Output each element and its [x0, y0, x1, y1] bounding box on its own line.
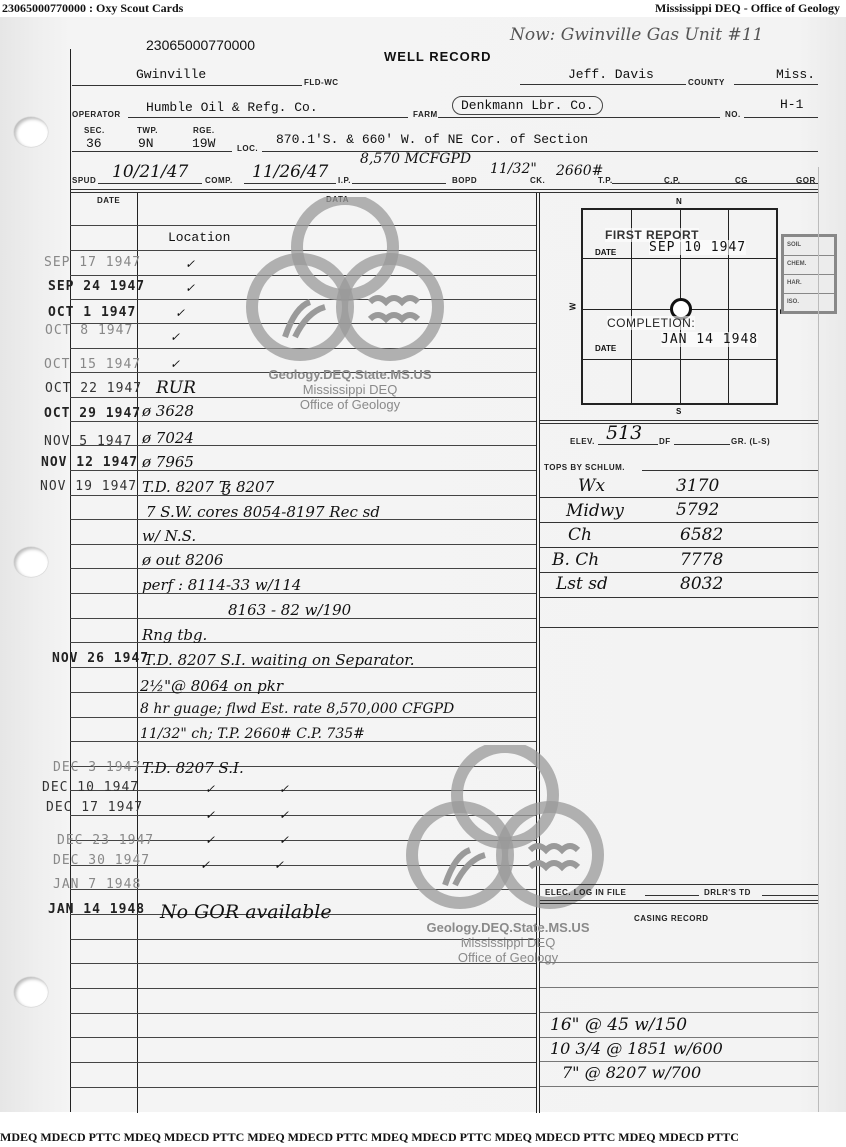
document-id-title: 23065000770000 : Oxy Scout Cards [2, 0, 183, 17]
table-rule [70, 544, 536, 545]
log-data: T.D. 8207 Ꜩ 8207 [142, 478, 274, 496]
log-date: DEC 3 1947 [53, 760, 141, 775]
spud-label: SPUD [72, 176, 96, 185]
ck-label: CK. [530, 176, 545, 185]
county-label: COUNTY [688, 78, 725, 87]
top-formation: B. Ch [552, 550, 599, 570]
card-margin-line [70, 49, 71, 1112]
location-plat-map: FIRST REPORT DATE SEP 10 1947 COMPLETION… [581, 208, 778, 405]
double-rule [70, 189, 818, 190]
rule [540, 1012, 818, 1013]
well-no-value: H-1 [780, 97, 803, 112]
rule [540, 597, 818, 598]
first-report-date: SEP 10 1947 [649, 240, 746, 255]
log-date: SEP 24 1947 [48, 279, 145, 294]
farm-value: Denkmann Lbr. Co. [452, 96, 603, 115]
completion-date-label: DATE [595, 344, 616, 353]
sec-value: 36 [86, 136, 102, 151]
rge-label: RGE. [193, 126, 215, 135]
punch-hole [14, 977, 48, 1007]
rule [540, 900, 818, 901]
tops-label: TOPS BY SCHLUM. [544, 463, 625, 472]
log-date: DEC 10 1947 [42, 780, 139, 795]
log-date: OCT 1 1947 [48, 305, 136, 320]
rule [520, 84, 686, 85]
log-date: DEC 23 1947 [57, 833, 154, 848]
table-rule [70, 225, 536, 226]
log-data: ✓ [170, 330, 180, 344]
log-date: NOV 5 1947 [44, 434, 132, 449]
table-rule [70, 323, 536, 324]
log-data: 8 hr guage; flwd Est. rate 8,570,000 CFG… [140, 701, 454, 717]
rule [72, 85, 302, 86]
data-column-divider [536, 193, 537, 1113]
state-value: Miss. [776, 67, 815, 82]
log-data: ✓ [185, 257, 195, 271]
punch-hole [14, 117, 48, 147]
compass-south: S [676, 407, 681, 416]
fld-wc-label: FLD-WC [304, 78, 339, 87]
double-rule [70, 192, 818, 193]
rule [540, 572, 818, 573]
compass-west: W [568, 303, 577, 311]
completion-date: JAN 14 1948 [661, 332, 758, 347]
top-depth: 7778 [680, 550, 723, 570]
log-date: SEP 17 1947 [44, 255, 141, 270]
casing-row: 7" @ 8207 w/700 [562, 1063, 701, 1082]
county-value: Jeff. Davis [568, 67, 654, 82]
top-formation: Midwy [566, 501, 624, 521]
table-rule [70, 470, 536, 471]
log-date: OCT 8 1947 [45, 323, 133, 338]
log-date: DEC 30 1947 [53, 853, 150, 868]
handwritten-unit-note: Now: Gwinville Gas Unit #11 [510, 25, 763, 45]
log-data: ø 7024 [142, 429, 194, 447]
log-data: ✓ [170, 357, 180, 371]
routing-stamp-row: CHEM. [784, 256, 834, 275]
log-data: ø 3628 [142, 402, 194, 420]
rule [540, 903, 818, 904]
field-value: Gwinville [136, 67, 206, 82]
rule [540, 987, 818, 988]
rule [762, 895, 818, 896]
rule [598, 444, 658, 445]
data-column-divider [539, 193, 540, 1113]
date-column-header: DATE [97, 196, 120, 205]
table-rule [70, 1013, 536, 1014]
log-data: ✓ ✓ [205, 833, 289, 847]
tp-value: 2660# [556, 163, 603, 179]
rule [540, 1061, 818, 1062]
card-title: WELL RECORD [384, 49, 492, 64]
location-entry: Location [168, 230, 230, 245]
loc-label: LOC. [237, 144, 258, 153]
card-edge [818, 167, 819, 1112]
rule [612, 183, 818, 184]
top-depth: 8032 [680, 574, 723, 594]
elec-log-label: ELEC. LOG IN FILE [545, 888, 626, 897]
gr-label: GR. (L-S) [731, 437, 770, 446]
top-depth: 3170 [676, 476, 719, 496]
bopd-label: BOPD [452, 176, 477, 185]
routing-stamp-row: SOIL [784, 237, 834, 256]
comp-date: 11/26/47 [252, 162, 328, 182]
casing-row: 16" @ 45 w/150 [550, 1015, 687, 1035]
rule [438, 117, 720, 118]
log-date: NOV 26 1947 [52, 651, 149, 666]
top-depth: 5792 [676, 500, 719, 520]
rule [540, 627, 818, 628]
completion-label: COMPLETION: [607, 316, 695, 330]
rule [244, 183, 336, 184]
rule [540, 547, 818, 548]
log-data: 11/32" ch; T.P. 2660# C.P. 735# [140, 726, 365, 742]
log-data: ✓ [175, 306, 185, 320]
routing-stamp-row: HAR. [784, 275, 834, 294]
table-rule [70, 275, 536, 276]
table-rule [70, 815, 536, 816]
twp-label: TWP. [137, 126, 158, 135]
rge-value: 19W [192, 136, 215, 151]
log-data: ✓ ✓ [205, 782, 289, 796]
operator-value: Humble Oil & Refg. Co. [146, 100, 318, 115]
spud-date: 10/21/47 [112, 162, 188, 182]
footer-agency-strip: MDEQ MDECD PTTC MDEQ MDECD PTTC MDEQ MDE… [0, 1128, 846, 1147]
log-data: ø 7965 [142, 453, 194, 471]
rule [72, 151, 232, 152]
rule [645, 895, 699, 896]
api-number: 23065000770000 [146, 37, 255, 53]
table-rule [70, 988, 536, 989]
rule [540, 420, 818, 421]
table-rule [70, 421, 536, 422]
log-data: ø out 8206 [142, 551, 223, 569]
log-data: RUR [156, 378, 196, 398]
compass-north: N [676, 197, 682, 206]
table-rule [70, 568, 536, 569]
top-formation: Lst sd [556, 574, 608, 594]
log-data: T.D. 8207 S.I. [142, 759, 244, 777]
df-label: DF [659, 437, 671, 446]
farm-label: FARM [413, 110, 438, 119]
operator-label: OPERATOR [72, 110, 121, 119]
rule [98, 183, 202, 184]
well-no-label: NO. [725, 110, 741, 119]
log-date: JAN 7 1948 [53, 877, 141, 892]
routing-stamp-row: ISO. [784, 294, 834, 313]
elev-value: 513 [606, 422, 642, 444]
table-rule [70, 445, 536, 446]
table-rule [70, 642, 536, 643]
table-rule [70, 593, 536, 594]
rule [352, 183, 446, 184]
log-date: OCT 29 1947 [44, 406, 141, 421]
rule [674, 444, 730, 445]
table-rule [70, 250, 536, 251]
rule [734, 84, 818, 85]
top-formation: Ch [568, 525, 592, 545]
twp-value: 9N [138, 136, 154, 151]
table-rule [70, 717, 536, 718]
log-data: No GOR available [160, 901, 332, 923]
casing-record-label: CASING RECORD [634, 914, 709, 923]
rule [642, 470, 818, 471]
log-data: T.D. 8207 S.I. waiting on Separator. [144, 651, 415, 669]
first-report-date-label: DATE [595, 248, 616, 257]
log-data: ✓ ✓ [200, 858, 284, 872]
top-formation: Wx [578, 476, 605, 496]
rule [540, 884, 818, 885]
top-depth: 6582 [680, 525, 723, 545]
comp-label: COMP. [205, 176, 233, 185]
rule [540, 423, 818, 424]
table-rule [70, 790, 536, 791]
log-date: OCT 22 1947 [45, 381, 142, 396]
table-rule [70, 299, 536, 300]
log-data: perf : 8114-33 w/114 [142, 576, 301, 594]
data-column-header: DATA [326, 195, 349, 204]
ip-value: 8,570 MCFGPD [360, 151, 471, 167]
rule [540, 522, 818, 523]
routing-stamp: SOIL CHEM. HAR. ISO. [781, 234, 837, 314]
table-rule [70, 1062, 536, 1063]
log-date: JAN 14 1948 [48, 902, 145, 917]
table-rule [70, 348, 536, 349]
rule [744, 117, 818, 118]
rule [540, 962, 818, 963]
location-value: 870.1'S. & 660' W. of NE Cor. of Section [276, 132, 588, 147]
rule [128, 117, 408, 118]
log-data: Rng tbg. [142, 626, 207, 644]
log-data: ✓ [185, 281, 195, 295]
tp-label: T.P. [598, 176, 613, 185]
rule [540, 1037, 818, 1038]
table-rule [70, 1037, 536, 1038]
log-date: NOV 19 1947 [40, 479, 137, 494]
table-rule [70, 1087, 536, 1088]
viewer-header: 23065000770000 : Oxy Scout Cards Mississ… [0, 0, 846, 17]
elev-label: ELEV. [570, 437, 595, 446]
table-rule [70, 495, 536, 496]
sec-label: SEC. [84, 126, 105, 135]
punch-hole [14, 547, 48, 577]
casing-row: 10 3/4 @ 1851 w/600 [550, 1039, 723, 1058]
log-date: NOV 12 1947 [41, 455, 138, 470]
log-data: ✓ ✓ [205, 808, 289, 822]
agency-title: Mississippi DEQ - Office of Geology [655, 0, 840, 17]
watermark-text: Geology.DEQ.State.MS.US Mississippi DEQ … [408, 920, 608, 965]
drlr-td-label: DRLR'S TD [704, 888, 751, 897]
rule [540, 497, 818, 498]
choke-value: 11/32" [490, 161, 537, 177]
log-date: DEC 17 1947 [46, 800, 143, 815]
log-data: 7 S.W. cores 8054-8197 Rec sd [146, 503, 380, 521]
log-data: w/ N.S. [142, 527, 196, 545]
log-date: OCT 15 1947 [44, 357, 141, 372]
watermark-text: Geology.DEQ.State.MS.US Mississippi DEQ … [250, 367, 450, 412]
log-data: 2½"@ 8064 on pkr [140, 677, 283, 695]
log-data: 8163 - 82 w/190 [228, 601, 351, 619]
rule [540, 1086, 818, 1087]
ip-label: I.P. [338, 176, 351, 185]
well-record-card: 23065000770000 WELL RECORD Now: Gwinvill… [0, 17, 846, 1112]
rule [262, 151, 818, 152]
